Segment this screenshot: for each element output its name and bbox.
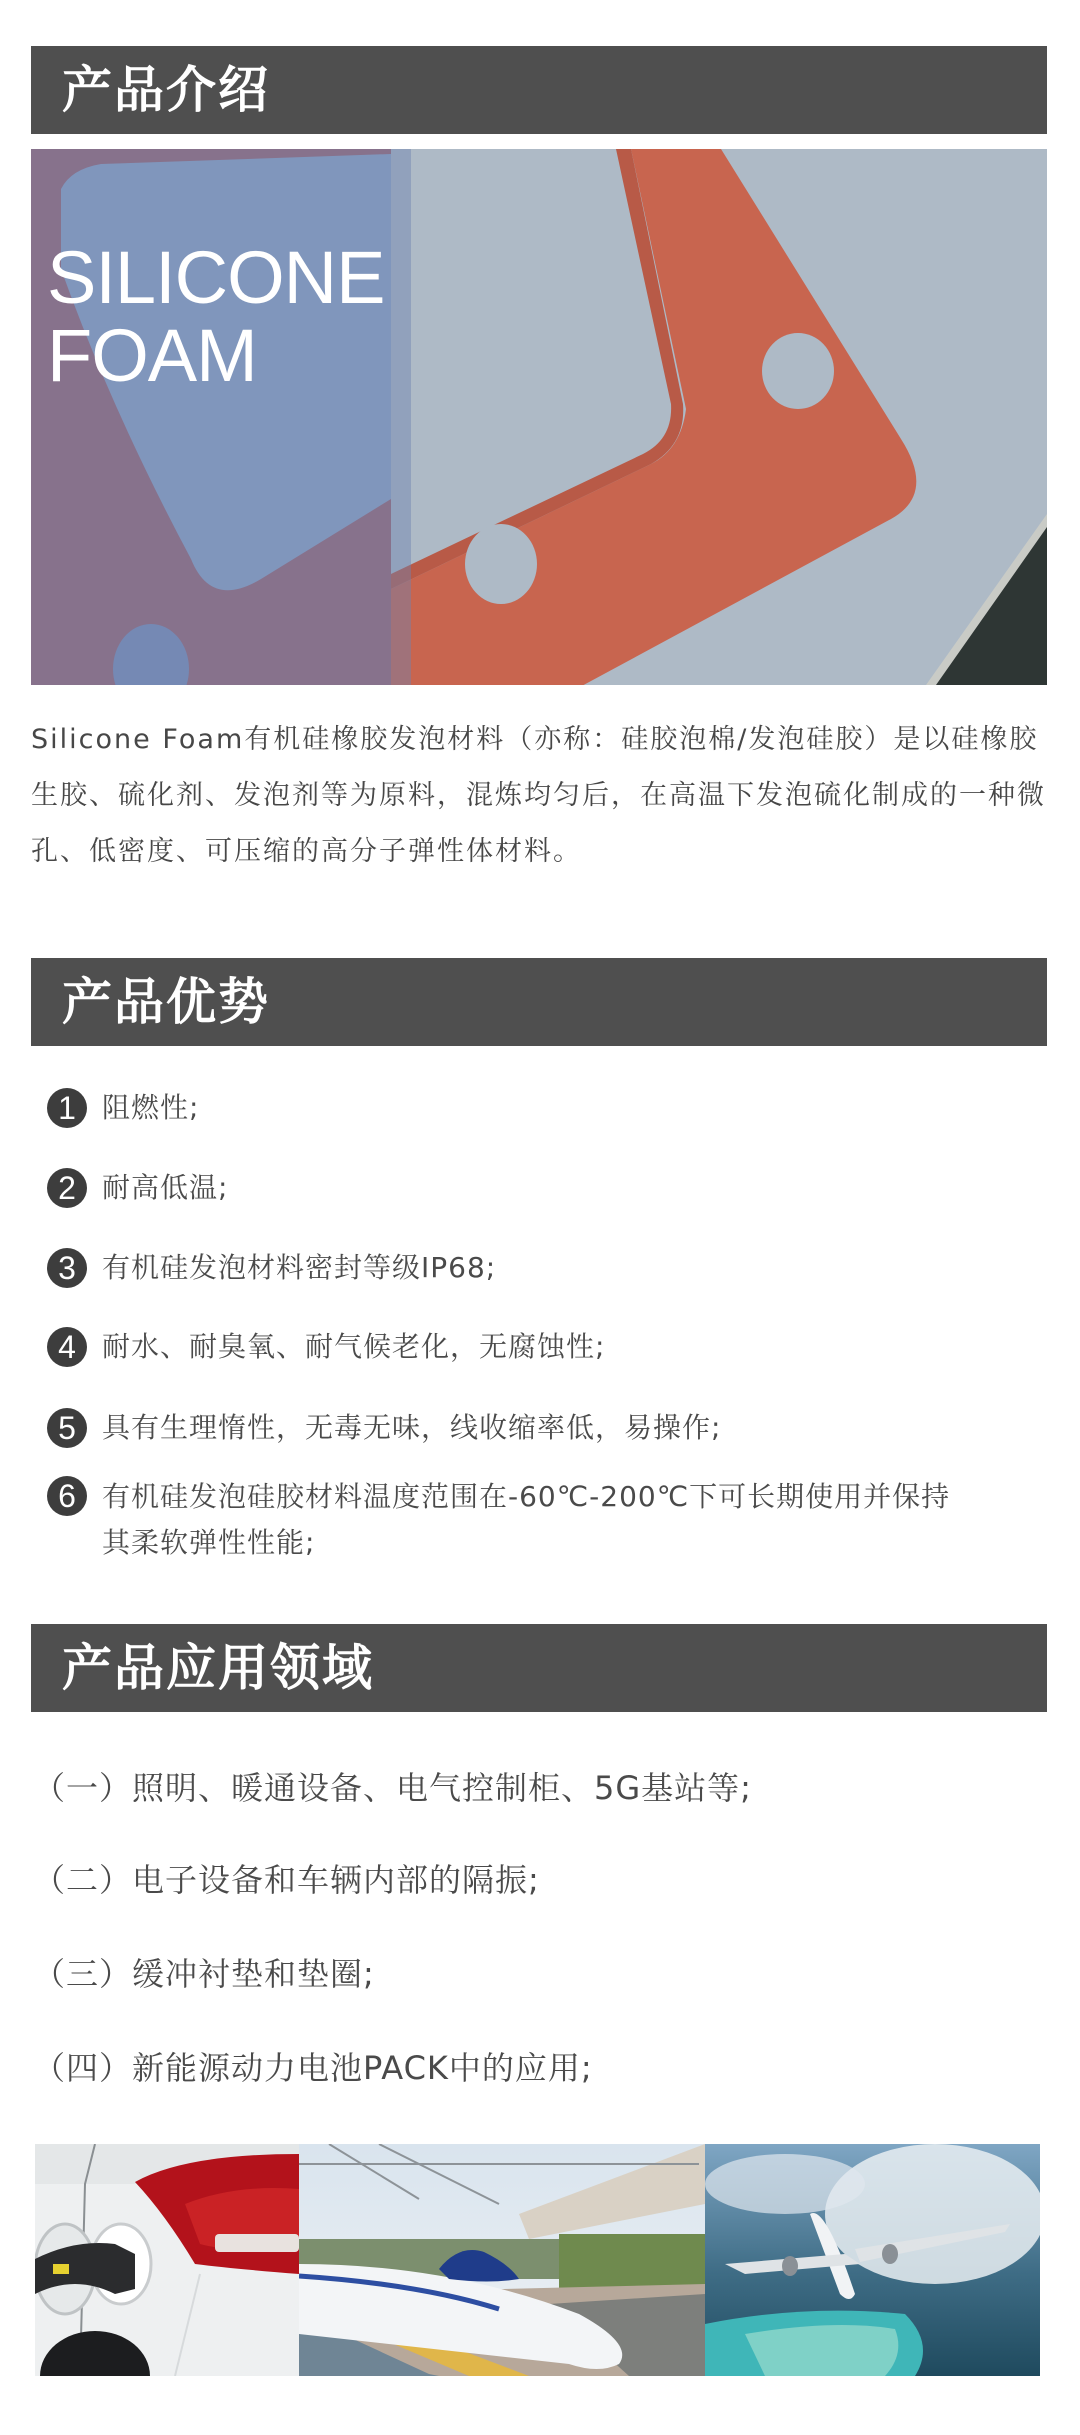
advantage-text: 有机硅发泡硅胶材料温度范围在-60℃-200℃下可长期使用并保持其柔软弹性性能; (102, 1474, 962, 1566)
hero-blue-overlay (31, 149, 411, 685)
number-circle-icon: 2 (47, 1168, 87, 1208)
photo-airplane (705, 2144, 1040, 2376)
advantage-item: 3 有机硅发泡材料密封等级IP68; (47, 1246, 1027, 1290)
number-circle-icon: 6 (47, 1476, 87, 1516)
photo-high-speed-train (299, 2144, 705, 2376)
intro-paragraph: Silicone Foam有机硅橡胶发泡材料（亦称：硅胶泡棉/发泡硅胶）是以硅橡… (31, 712, 1051, 880)
application-item: （三）缓冲衬垫和垫圈; (33, 1952, 375, 1996)
section-title-intro: 产品介绍 (62, 46, 270, 134)
section-title-advantages: 产品优势 (62, 958, 270, 1046)
section-title-applications: 产品应用领域 (62, 1624, 374, 1712)
advantage-item: 5 具有生理惰性，无毒无味，线收缩率低，易操作; (47, 1406, 1027, 1450)
hero-title-line1: SILICONE (47, 241, 384, 315)
advantage-item: 2 耐高低温; (47, 1166, 1027, 1210)
advantage-item: 6 有机硅发泡硅胶材料温度范围在-60℃-200℃下可长期使用并保持其柔软弹性性… (47, 1474, 1027, 1570)
section-header-advantages: 产品优势 (31, 958, 1047, 1046)
advantage-item: 4 耐水、耐臭氧、耐气候老化，无腐蚀性; (47, 1325, 1027, 1369)
hero-image-silicone-foam: SILICONE FOAM (31, 149, 1047, 685)
section-header-intro: 产品介绍 (31, 46, 1047, 134)
application-item: （四）新能源动力电池PACK中的应用; (33, 2046, 593, 2090)
car-charging-illustration (35, 2144, 299, 2376)
number-circle-icon: 3 (47, 1248, 87, 1288)
hero-title-line2: FOAM (47, 319, 257, 393)
number-circle-icon: 4 (47, 1327, 87, 1367)
advantage-text: 有机硅发泡材料密封等级IP68; (102, 1246, 496, 1290)
photo-electric-car (35, 2144, 299, 2376)
section-header-applications: 产品应用领域 (31, 1624, 1047, 1712)
application-photos (35, 2144, 1040, 2376)
application-item: （一）照明、暖通设备、电气控制柜、5G基站等; (33, 1766, 752, 1810)
application-item: （二）电子设备和车辆内部的隔振; (33, 1858, 540, 1902)
advantage-text: 耐水、耐臭氧、耐气候老化，无腐蚀性; (102, 1325, 605, 1369)
advantage-item: 1 阻燃性; (47, 1086, 1027, 1130)
number-circle-icon: 1 (47, 1088, 87, 1128)
advantage-text: 耐高低温; (102, 1166, 228, 1210)
airplane-illustration (705, 2144, 1040, 2376)
train-illustration (299, 2144, 705, 2376)
advantage-text: 阻燃性; (102, 1086, 199, 1130)
advantage-text: 具有生理惰性，无毒无味，线收缩率低，易操作; (102, 1406, 721, 1450)
number-circle-icon: 5 (47, 1408, 87, 1448)
